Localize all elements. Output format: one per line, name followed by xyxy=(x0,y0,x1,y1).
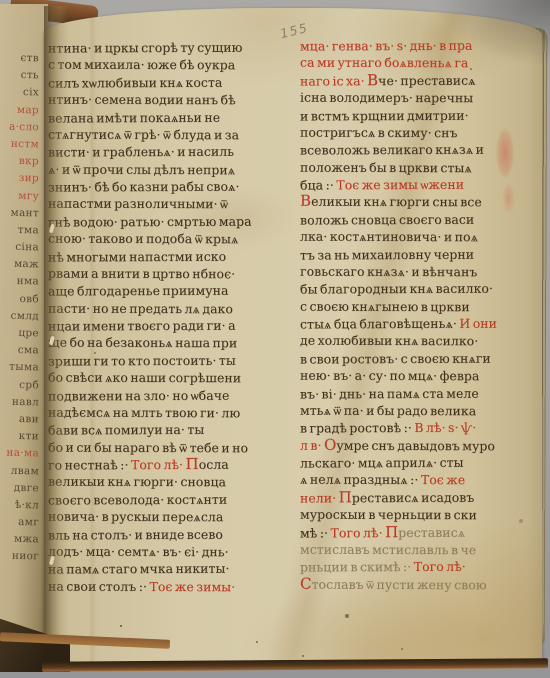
ink-text: стѧгнутисѧ ѿ грѣ· ѿ блуда и за xyxy=(48,126,239,142)
ink-text: зриши ги то кто постоить· ты xyxy=(48,352,236,368)
ink-text: въ· ві· днь· на памѧ ста меле xyxy=(300,385,479,401)
ink-text: висти· и грабленьѧ· и насиль xyxy=(48,144,234,160)
ink-text: мтьѧ ѿ па· и бы радо велика xyxy=(300,402,476,418)
manuscript-line: бца :· Тоє же зимы ѡжени xyxy=(300,176,520,194)
manuscript-page: 155 нтина· и цркы сгорѣ ту сущиюс том ми… xyxy=(44,8,542,664)
manuscript-line: новича· в рускыи переѧсла xyxy=(48,508,280,526)
manuscript-line: постригъсѧ в скиму· снъ xyxy=(300,123,520,141)
ink-text: бы благородныи кнѧ василко· xyxy=(300,281,493,297)
facing-page-fragment: ави xyxy=(0,411,39,429)
facing-page-edge: єтвстьсіхмара·слонстмвкрзирмгуманттмасін… xyxy=(0,4,48,666)
ink-text: силъ хѡлюбивыи кнѧ коста xyxy=(48,74,222,90)
ink-text: новича· в рускыи переѧсла xyxy=(48,509,223,525)
manuscript-line: силъ хѡлюбивыи кнѧ коста xyxy=(48,73,280,91)
manuscript-line: нѣ многыми напастми иско xyxy=(48,247,280,265)
manuscript-line: мстиславъ мстиславль в че xyxy=(300,540,520,558)
manuscript-line: мтьѧ ѿ па· и бы радо велика xyxy=(300,401,520,419)
ink-text: велана имѣти покаѧньи не xyxy=(48,109,220,125)
manuscript-line: в свои ростовъ· с своєю кнѧги xyxy=(300,349,520,367)
ink-text: рестависѧ xyxy=(398,524,465,539)
ink-text: рньции в скимѣ :· xyxy=(300,559,414,574)
ink-text: в градѣ ростовѣ :· xyxy=(300,420,414,435)
facing-page-fragment: срб xyxy=(0,376,39,394)
rubric-text: нели· xyxy=(300,490,339,505)
manuscript-line: мѣ :· Того лѣ· Престависѧ xyxy=(300,523,520,541)
manuscript-line: Великыи кнѧ гюрги сны все xyxy=(300,193,520,211)
facing-page-fragment: цре xyxy=(0,325,39,343)
manuscript-line: лодъ· мца· семтѧ· въ· єі· днь· xyxy=(48,542,280,560)
facing-page-fragment: на·ма xyxy=(0,445,39,463)
rubric-text: мца· генва· въ· ѕ· днь· в пра xyxy=(300,38,473,54)
manuscript-line: нцаи имени твоєго ради ги· а xyxy=(48,316,280,334)
ink-text: бо свѣси ѧко наши согрѣшени xyxy=(48,370,241,386)
manuscript-line: Стославъ ѿ пусти жену свою xyxy=(300,575,520,593)
manuscript-line: на свои столъ :· Тоє же зимы· xyxy=(48,577,280,595)
ink-text: гнѣ водою· ратью· смртью мара xyxy=(48,213,252,229)
rubric-text: Того лѣ· xyxy=(330,525,385,540)
facing-page-fragment: амг xyxy=(0,514,39,532)
manuscript-line: наго іс ха· Вче· престависѧ xyxy=(300,71,520,89)
manuscript-line: и встмъ крщнии дмитрии· xyxy=(300,106,520,124)
manuscript-photo: єтвстьсіхмара·слонстмвкрзирмгуманттмасін… xyxy=(0,0,550,678)
facing-page-fragment: зир xyxy=(0,170,39,188)
facing-page-fragment: мар xyxy=(0,101,39,119)
manuscript-line: ѧ· и ѿ прочи слы дѣлъ неприѧ xyxy=(48,160,280,178)
ink-text: аще блгодаренье приимуна xyxy=(48,283,229,299)
manuscript-line: пасти· но не предать лѧ дако xyxy=(48,299,280,317)
ink-text: в свои ростовъ· с своєю кнѧги xyxy=(300,350,491,366)
facing-page-fragment: тма xyxy=(0,221,39,239)
manuscript-line: бы благородныи кнѧ василко· xyxy=(300,280,520,298)
manuscript-line: са ми утнаго боѧвленьѧ га xyxy=(300,54,520,72)
rubric-text: са ми утнаго боѧвленьѧ га xyxy=(300,55,468,71)
manuscript-line: стѧгнутисѧ ѿ грѣ· ѿ блуда и за xyxy=(48,125,280,143)
ink-text: мстиславъ мстиславль в че xyxy=(300,541,476,557)
manuscript-line: нели· Престависѧ исадовъ xyxy=(300,488,520,506)
ink-text: льскаго· мцѧ априлѧ· сты xyxy=(300,455,464,471)
ink-text: надѣємсѧ на млть твою ги· лю xyxy=(48,404,240,420)
rubric-text: Тоє же xyxy=(421,472,465,487)
manuscript-line: на памѧ стаго мчка никиты· xyxy=(48,560,280,578)
ink-text: с своєю кнѧгынею в цркви xyxy=(300,298,470,314)
manuscript-line: надѣємсѧ на млть твою ги· лю xyxy=(48,403,280,421)
ink-text: говьскаго кнѧзѧ· и вѣнчанъ xyxy=(300,263,477,279)
manuscript-line: воложь сновца своєго васи xyxy=(300,210,520,228)
manuscript-line: аще блгодаренье приимуна xyxy=(48,282,280,300)
ink-specks xyxy=(120,625,122,627)
ink-text: воложь сновца своєго васи xyxy=(300,211,474,227)
ink-text: тославъ ѿ пусти жену свою xyxy=(312,576,487,592)
facing-page-fragment: кти xyxy=(0,428,39,446)
manuscript-line: лка· костѧнтиновича· и поѧ xyxy=(300,228,520,246)
ink-text: пасти· но не предать лѧ дако xyxy=(48,300,233,316)
manuscript-line: гнѣ водою· ратью· смртью мара xyxy=(48,212,280,230)
manuscript-line: бо свѣси ѧко наши согрѣшени xyxy=(48,369,280,387)
ink-text: бо и си бы нараго вѣ ѿ тебе и но xyxy=(48,439,248,455)
ink-text: нѣ многыми напастми иско xyxy=(48,248,226,264)
facing-page-fragment: двге xyxy=(0,479,39,497)
ink-text: ѧ· и ѿ прочи слы дѣлъ неприѧ xyxy=(48,161,235,177)
manuscript-line: ще бо на безаконьѧ наша при xyxy=(48,334,280,352)
facing-page-text-fragments: єтвстьсіхмара·слонстмвкрзирмгуманттмасін… xyxy=(0,50,39,566)
ink-text: лка· костѧнтиновича· и поѧ xyxy=(300,229,478,245)
manuscript-line: рвами а внити в цртво нбноє· xyxy=(48,264,280,282)
manuscript-line: сною· таково и подоба ѿ крыѧ xyxy=(48,230,280,248)
manuscript-line: нтина· и цркы сгорѣ ту сущию xyxy=(48,38,280,56)
manuscript-line: в градѣ ростовѣ :· В лѣ· ѕ· ѱ· xyxy=(300,419,520,437)
ink-text: еликыи кнѧ гюрги сны все xyxy=(311,194,482,210)
manuscript-line: л в· Оумре снъ давыдовъ муро xyxy=(300,436,520,454)
manuscript-line: своєго всеволода· костѧнти xyxy=(48,490,280,508)
manuscript-line: нтинъ· семена водии нанъ бѣ xyxy=(48,91,280,109)
facing-page-fragment: ниог xyxy=(0,548,39,566)
ink-text: стыѧ бца благовѣщеньѧ· xyxy=(300,316,459,332)
ink-text: на памѧ стаго мчка никиты· xyxy=(48,561,230,577)
facing-page-fragment: а·сло xyxy=(0,118,39,136)
facing-page-fragment: тыма xyxy=(0,359,39,377)
ink-text: рвами а внити в цртво нбноє· xyxy=(48,265,235,281)
ink-text: де холюбивыи кнѧ василко· xyxy=(300,333,478,349)
manuscript-line: рньции в скимѣ :· Того лѣ· xyxy=(300,558,520,576)
manuscript-line: льскаго· мцѧ априлѧ· сты xyxy=(300,454,520,472)
ink-text: знинъ· бѣ бо казни рабы своѧ· xyxy=(48,179,240,195)
ink-text: нтинъ· семена водии нанъ бѣ xyxy=(48,92,236,108)
manuscript-line: велана имѣти покаѧньи не xyxy=(48,108,280,126)
manuscript-line: положенъ бы в цркви стыѧ xyxy=(300,158,520,176)
manuscript-line: с своєю кнѧгынею в цркви xyxy=(300,297,520,315)
rubric-text: Тоє же зимы· xyxy=(149,579,235,594)
binding-gutter-shadow xyxy=(44,6,68,664)
ink-text: че· престависѧ xyxy=(378,72,475,87)
facing-page-fragment: нма xyxy=(0,273,39,291)
manuscript-line: с том михаила· юже бѣ оукра xyxy=(48,56,280,74)
ink-text: муроскыи в черньции в ски xyxy=(300,507,477,523)
manuscript-line: великыи кнѧ гюрги· сновца xyxy=(48,473,280,491)
ink-text: ще бо на безаконьѧ наша при xyxy=(48,335,237,351)
manuscript-line: ѧ нелѧ праздныѧ :· Тоє же xyxy=(300,471,520,489)
manuscript-line: де холюбивыи кнѧ василко· xyxy=(300,332,520,350)
facing-page-fragment: лвам xyxy=(0,462,39,480)
facing-page-fragment: вкр xyxy=(0,153,39,171)
rubric-text: л в· xyxy=(300,437,324,452)
facing-page-fragment: мгу xyxy=(0,187,39,205)
facing-page-fragment: овб xyxy=(0,290,39,308)
manuscript-line: існа володимеръ· наречны xyxy=(300,89,520,107)
ink-text: подвижени на зло· но ѡбаче xyxy=(48,387,229,403)
ink-text: тъ за нь михаиловну черни xyxy=(300,246,474,262)
manuscript-line: напастми разноличными· ѿ xyxy=(48,195,280,213)
facing-page-fragment: мжа xyxy=(0,531,39,549)
manuscript-line: знинъ· бѣ бо казни рабы своѧ· xyxy=(48,177,280,195)
manuscript-line: всеволожь великаго кнѧзѧ и xyxy=(300,141,520,159)
manuscript-line: зриши ги то кто постоить· ты xyxy=(48,351,280,369)
ink-text: ѧ нелѧ праздныѧ :· xyxy=(300,472,421,487)
manuscript-line: нею· въ· а· су· по мцѧ· февра xyxy=(300,367,520,385)
facing-page-fragment: маж xyxy=(0,256,39,274)
ink-text: своєго всеволода· костѧнти xyxy=(48,491,227,507)
rubric-text: Того лѣ· xyxy=(131,457,186,472)
facing-page-fragment: сіна xyxy=(0,239,39,257)
manuscript-line: тъ за нь михаиловну черни xyxy=(300,245,520,263)
manuscript-line: бави всѧ помилуи на· ты xyxy=(48,421,280,439)
facing-page-fragment: єтв xyxy=(0,50,39,68)
manuscript-line: го нестнаѣ :· Того лѣ· Посла xyxy=(48,455,280,473)
ink-text: великыи кнѧ гюрги· сновца xyxy=(48,474,226,490)
ink-text: и встмъ крщнии дмитрии· xyxy=(300,107,469,123)
rubric-text: П xyxy=(339,488,352,506)
ink-text: всеволожь великаго кнѧзѧ и xyxy=(300,142,484,158)
manuscript-line: висти· и грабленьѧ· и насиль xyxy=(48,143,280,161)
ink-text: постригъсѧ в скиму· снъ xyxy=(300,124,458,140)
facing-page-fragment: сма xyxy=(0,342,39,360)
ink-text: вль на столъ· и вниде всево xyxy=(48,526,223,542)
ink-text: бави всѧ помилуи на· ты xyxy=(48,422,204,438)
ink-text: лодъ· мца· семтѧ· въ· єі· днь· xyxy=(48,543,229,559)
ink-text: осла xyxy=(199,457,229,472)
facing-page-fragment: мант xyxy=(0,204,39,222)
rubric-text: И они xyxy=(459,316,497,331)
facing-page-fragment: навл xyxy=(0,393,39,411)
ink-text: бца :· xyxy=(300,177,336,192)
manuscript-line: говьскаго кнѧзѧ· и вѣнчанъ xyxy=(300,262,520,280)
facing-page-fragment: сіх xyxy=(0,84,39,102)
facing-page-fragment: нстм xyxy=(0,136,39,154)
ink-text: положенъ бы в цркви стыѧ xyxy=(300,159,472,175)
ink-text: рестависѧ исадовъ xyxy=(352,489,475,505)
manuscript-line: бо и си бы нараго вѣ ѿ тебе и но xyxy=(48,438,280,456)
rubric-text: П xyxy=(185,455,198,473)
rubric-text: Тоє же зимы ѡжени xyxy=(336,177,464,193)
ink-text: нею· въ· а· су· по мцѧ· февра xyxy=(300,368,480,384)
rubric-text: В xyxy=(367,71,378,89)
ink-text: умре снъ давыдовъ муро xyxy=(336,437,495,453)
ink-text: нцаи имени твоєго ради ги· а xyxy=(48,318,236,334)
manuscript-line: муроскыи в черньции в ски xyxy=(300,506,520,524)
text-column-left: нтина· и цркы сгорѣ ту сущиюс том михаил… xyxy=(48,39,280,595)
manuscript-line: мца· генва· въ· ѕ· днь· в пра xyxy=(300,37,520,55)
ink-text: напастми разноличными· ѿ xyxy=(48,196,228,212)
rubric-text: О xyxy=(324,435,336,453)
ink-text: сною· таково и подоба ѿ крыѧ xyxy=(48,231,238,247)
rubric-text: В xyxy=(300,192,311,210)
rubric-text: В лѣ· ѕ· ѱ· xyxy=(414,420,476,435)
text-column-right: мца· генва· въ· ѕ· днь· в праса ми утнаг… xyxy=(300,37,520,593)
ink-text: с том михаила· юже бѣ оукра xyxy=(48,57,235,73)
ink-text: нтина· и цркы сгорѣ ту сущию xyxy=(48,40,243,56)
facing-page-fragment: смлд xyxy=(0,307,39,325)
rubric-text: Того лѣ· xyxy=(414,559,466,574)
manuscript-line: въ· ві· днь· на памѧ ста меле xyxy=(300,384,520,402)
manuscript-line: вль на столъ· и вниде всево xyxy=(48,525,280,543)
ink-text: існа володимеръ· наречны xyxy=(300,90,473,106)
rubric-text: С xyxy=(300,574,312,592)
rubric-text: наго іс ха· xyxy=(300,73,367,88)
rubric-text: П xyxy=(385,523,398,541)
facing-page-fragment: сть xyxy=(0,67,39,85)
ink-text: мѣ :· xyxy=(300,525,331,540)
book-cover-bottom-edge xyxy=(42,658,548,672)
manuscript-line: стыѧ бца благовѣщеньѧ· И они xyxy=(300,315,520,333)
facing-page-fragment: ѣ·кл xyxy=(0,496,39,514)
manuscript-line: подвижени на зло· но ѡбаче xyxy=(48,386,280,404)
